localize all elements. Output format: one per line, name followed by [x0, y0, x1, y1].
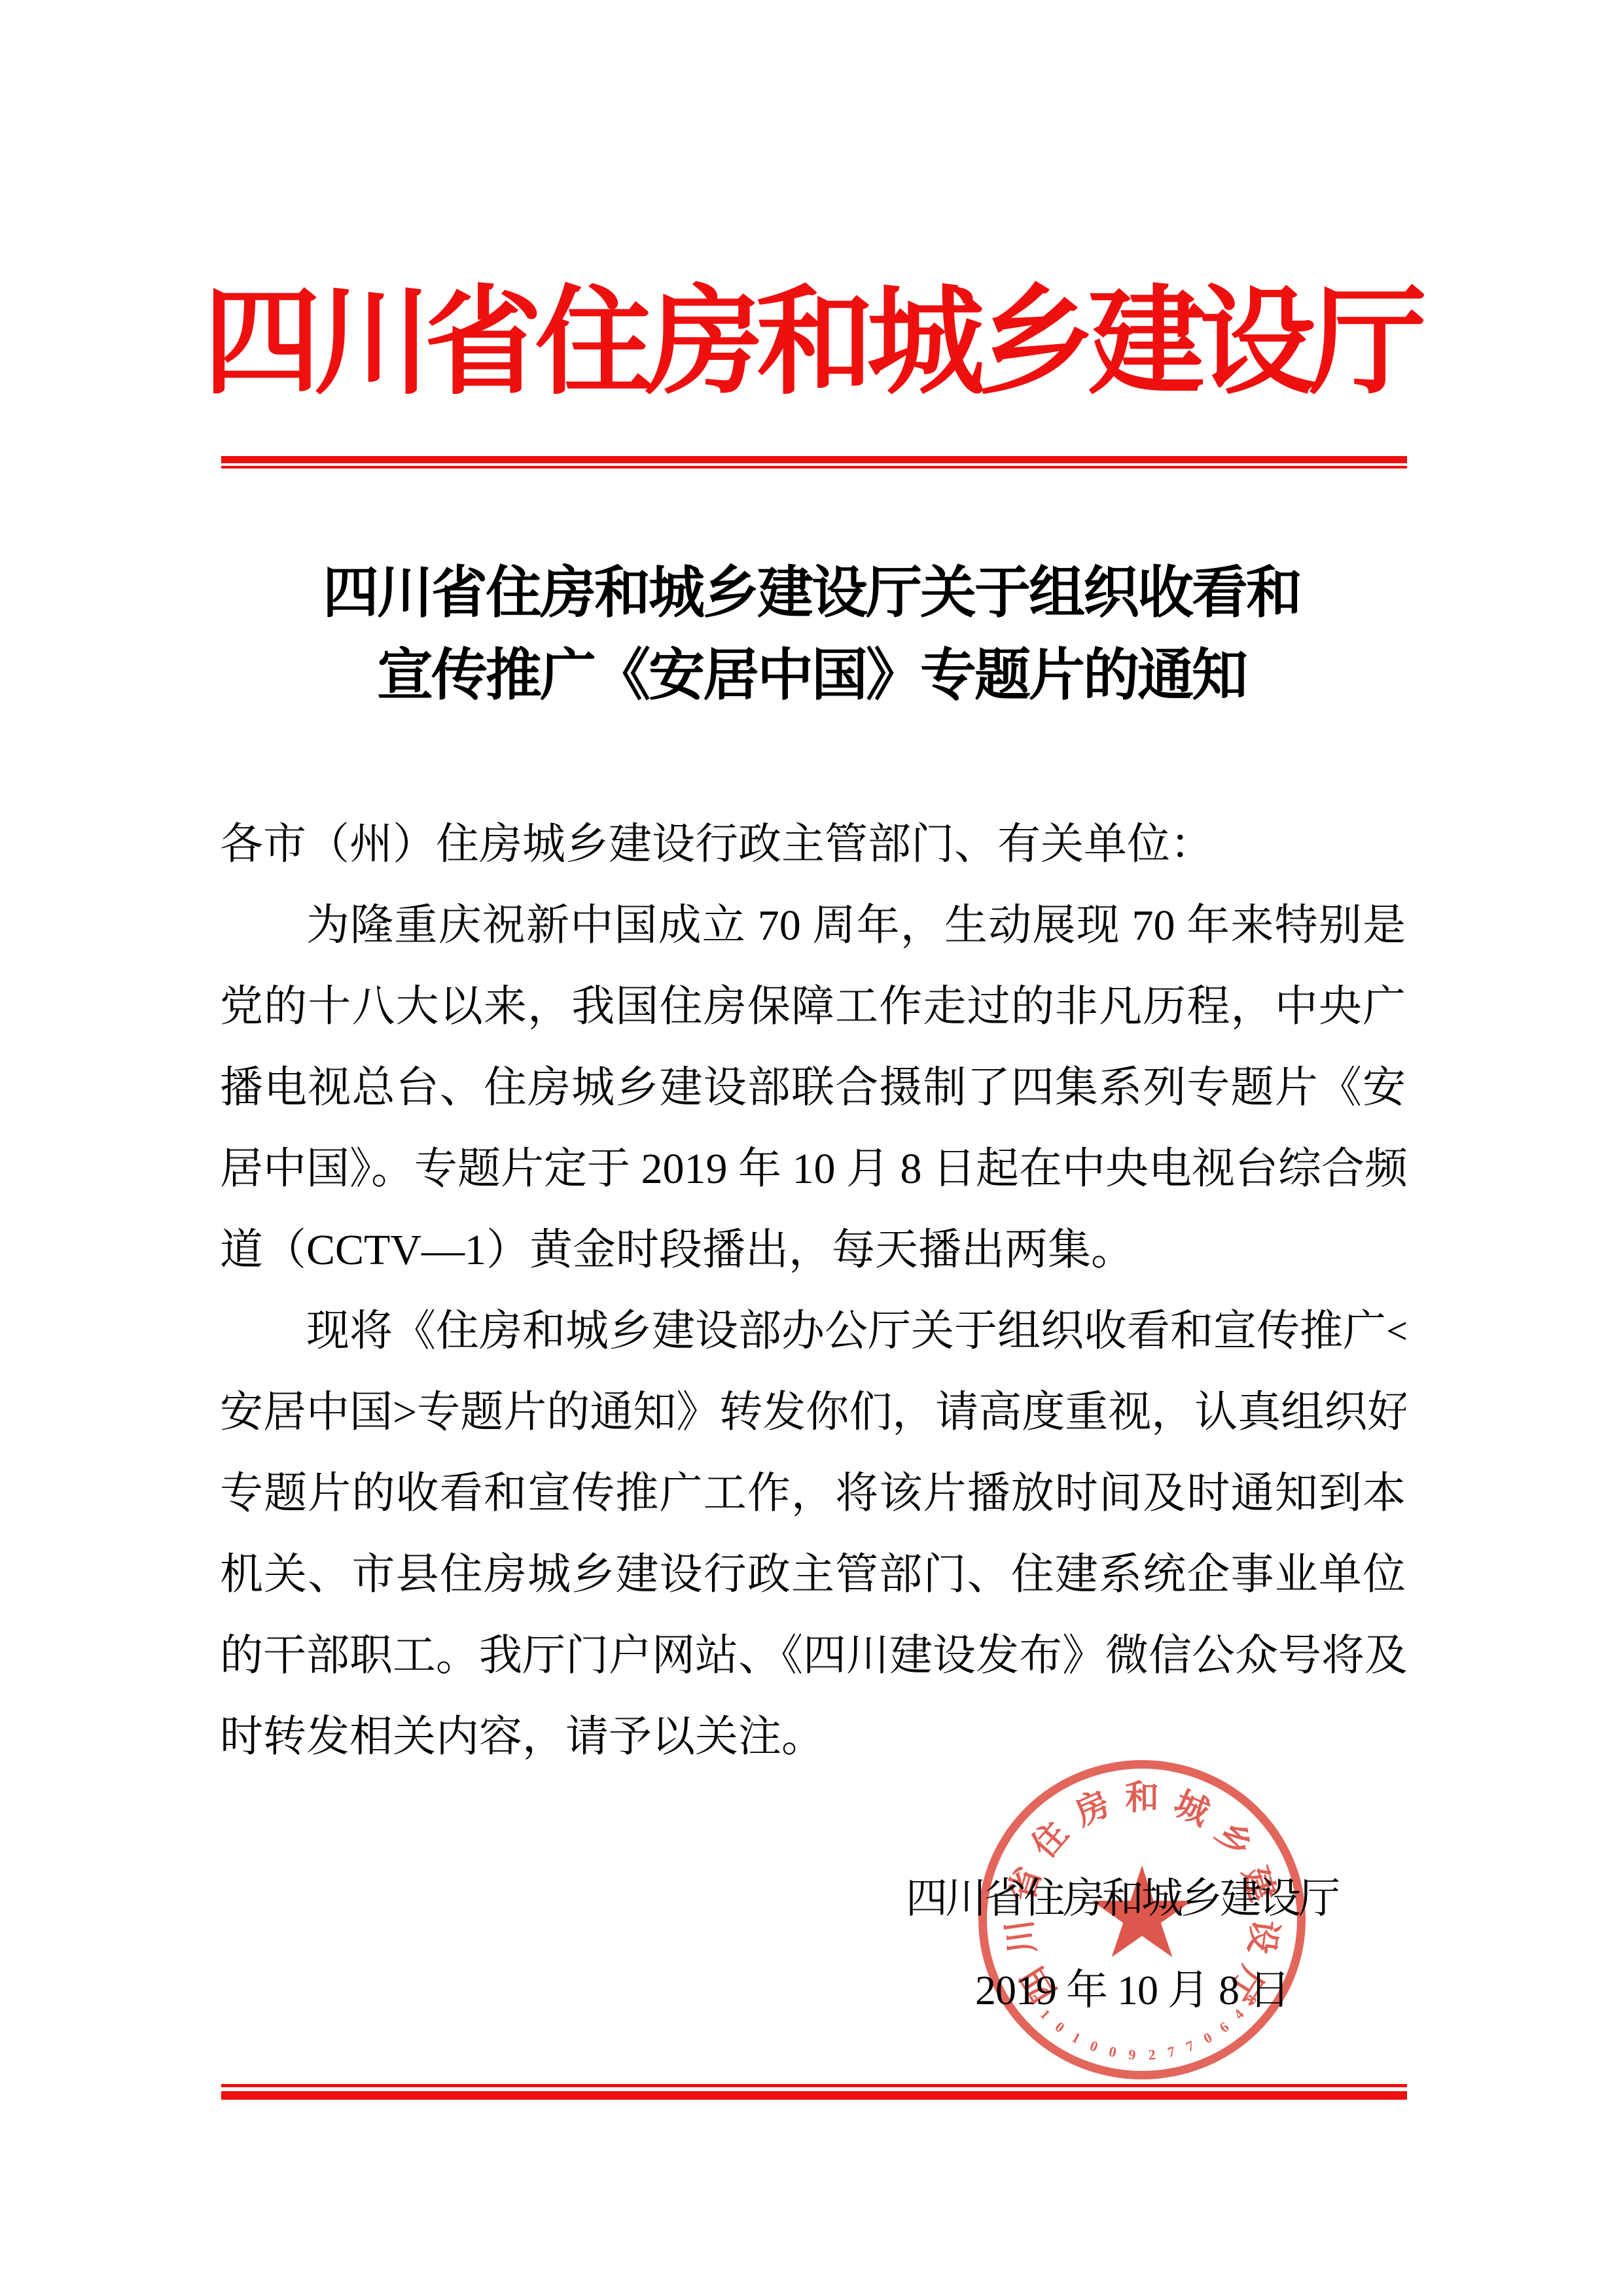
- document-body: 各市（州）住房城乡建设行政主管部门、有关单位： 为隆重庆祝新中国成立 70 周年…: [220, 804, 1406, 1778]
- document-page: 四川省住房和城乡建设厅 四川省住房和城乡建设厅关于组织收看和 宣传推广《安居中国…: [0, 0, 1623, 2296]
- body-line: 道（CCTV—1）黄金时段播出，每天播出两集。: [220, 1210, 1406, 1291]
- letterhead-rule-thick: [221, 456, 1407, 463]
- body-line: 的干部职工。我厅门户网站、《四川建设发布》微信公众号将及: [220, 1616, 1406, 1697]
- seal-arc-char: 和: [1124, 1780, 1160, 1817]
- letterhead-agency-title: 四川省住房和城乡建设厅: [0, 267, 1623, 420]
- footer-rule-thick: [221, 2091, 1407, 2100]
- body-line: 播电视总台、住房城乡建设部联合摄制了四集系列专题片《安: [220, 1048, 1406, 1129]
- document-title: 四川省住房和城乡建设厅关于组织收看和 宣传推广《安居中国》专题片的通知: [0, 552, 1623, 716]
- body-line: 机关、市县住房城乡建设行政主管部门、住建系统企事业单位: [220, 1534, 1406, 1616]
- body-line-salutation: 各市（州）住房城乡建设行政主管部门、有关单位：: [220, 804, 1406, 885]
- seal-serial-digit: 9: [1126, 2047, 1139, 2063]
- body-line: 现将《住房和城乡建设部办公厅关于组织收看和宣传推广<: [220, 1291, 1406, 1372]
- official-seal: 四 川 省 住 房 和 城 乡 建 设 厅 5 1 0 1 0 0 9 2 7 …: [978, 1760, 1306, 2079]
- body-line: 专题片的收看和宣传推广工作，将该片播放时间及时通知到本: [220, 1453, 1406, 1534]
- document-title-line2: 宣传推广《安居中国》专题片的通知: [0, 634, 1623, 716]
- body-line: 安居中国>专题片的通知》转发你们，请高度重视，认真组织好: [220, 1372, 1406, 1453]
- body-line: 党的十八大以来，我国住房保障工作走过的非凡历程，中央广: [220, 966, 1406, 1048]
- seal-arc-char: 设: [1241, 1916, 1283, 1957]
- seal-serial-digit: 2: [1145, 2047, 1158, 2063]
- body-line: 为隆重庆祝新中国成立 70 周年，生动展现 70 年来特别是: [220, 885, 1406, 966]
- document-title-line1: 四川省住房和城乡建设厅关于组织收看和: [0, 552, 1623, 634]
- body-line: 居中国》。专题片定于 2019 年 10 月 8 日起在中央电视台综合频: [220, 1129, 1406, 1210]
- footer-rule-thin: [221, 2084, 1407, 2087]
- seal-arc-char: 川: [1001, 1916, 1043, 1957]
- letterhead-rule-thin: [221, 466, 1407, 468]
